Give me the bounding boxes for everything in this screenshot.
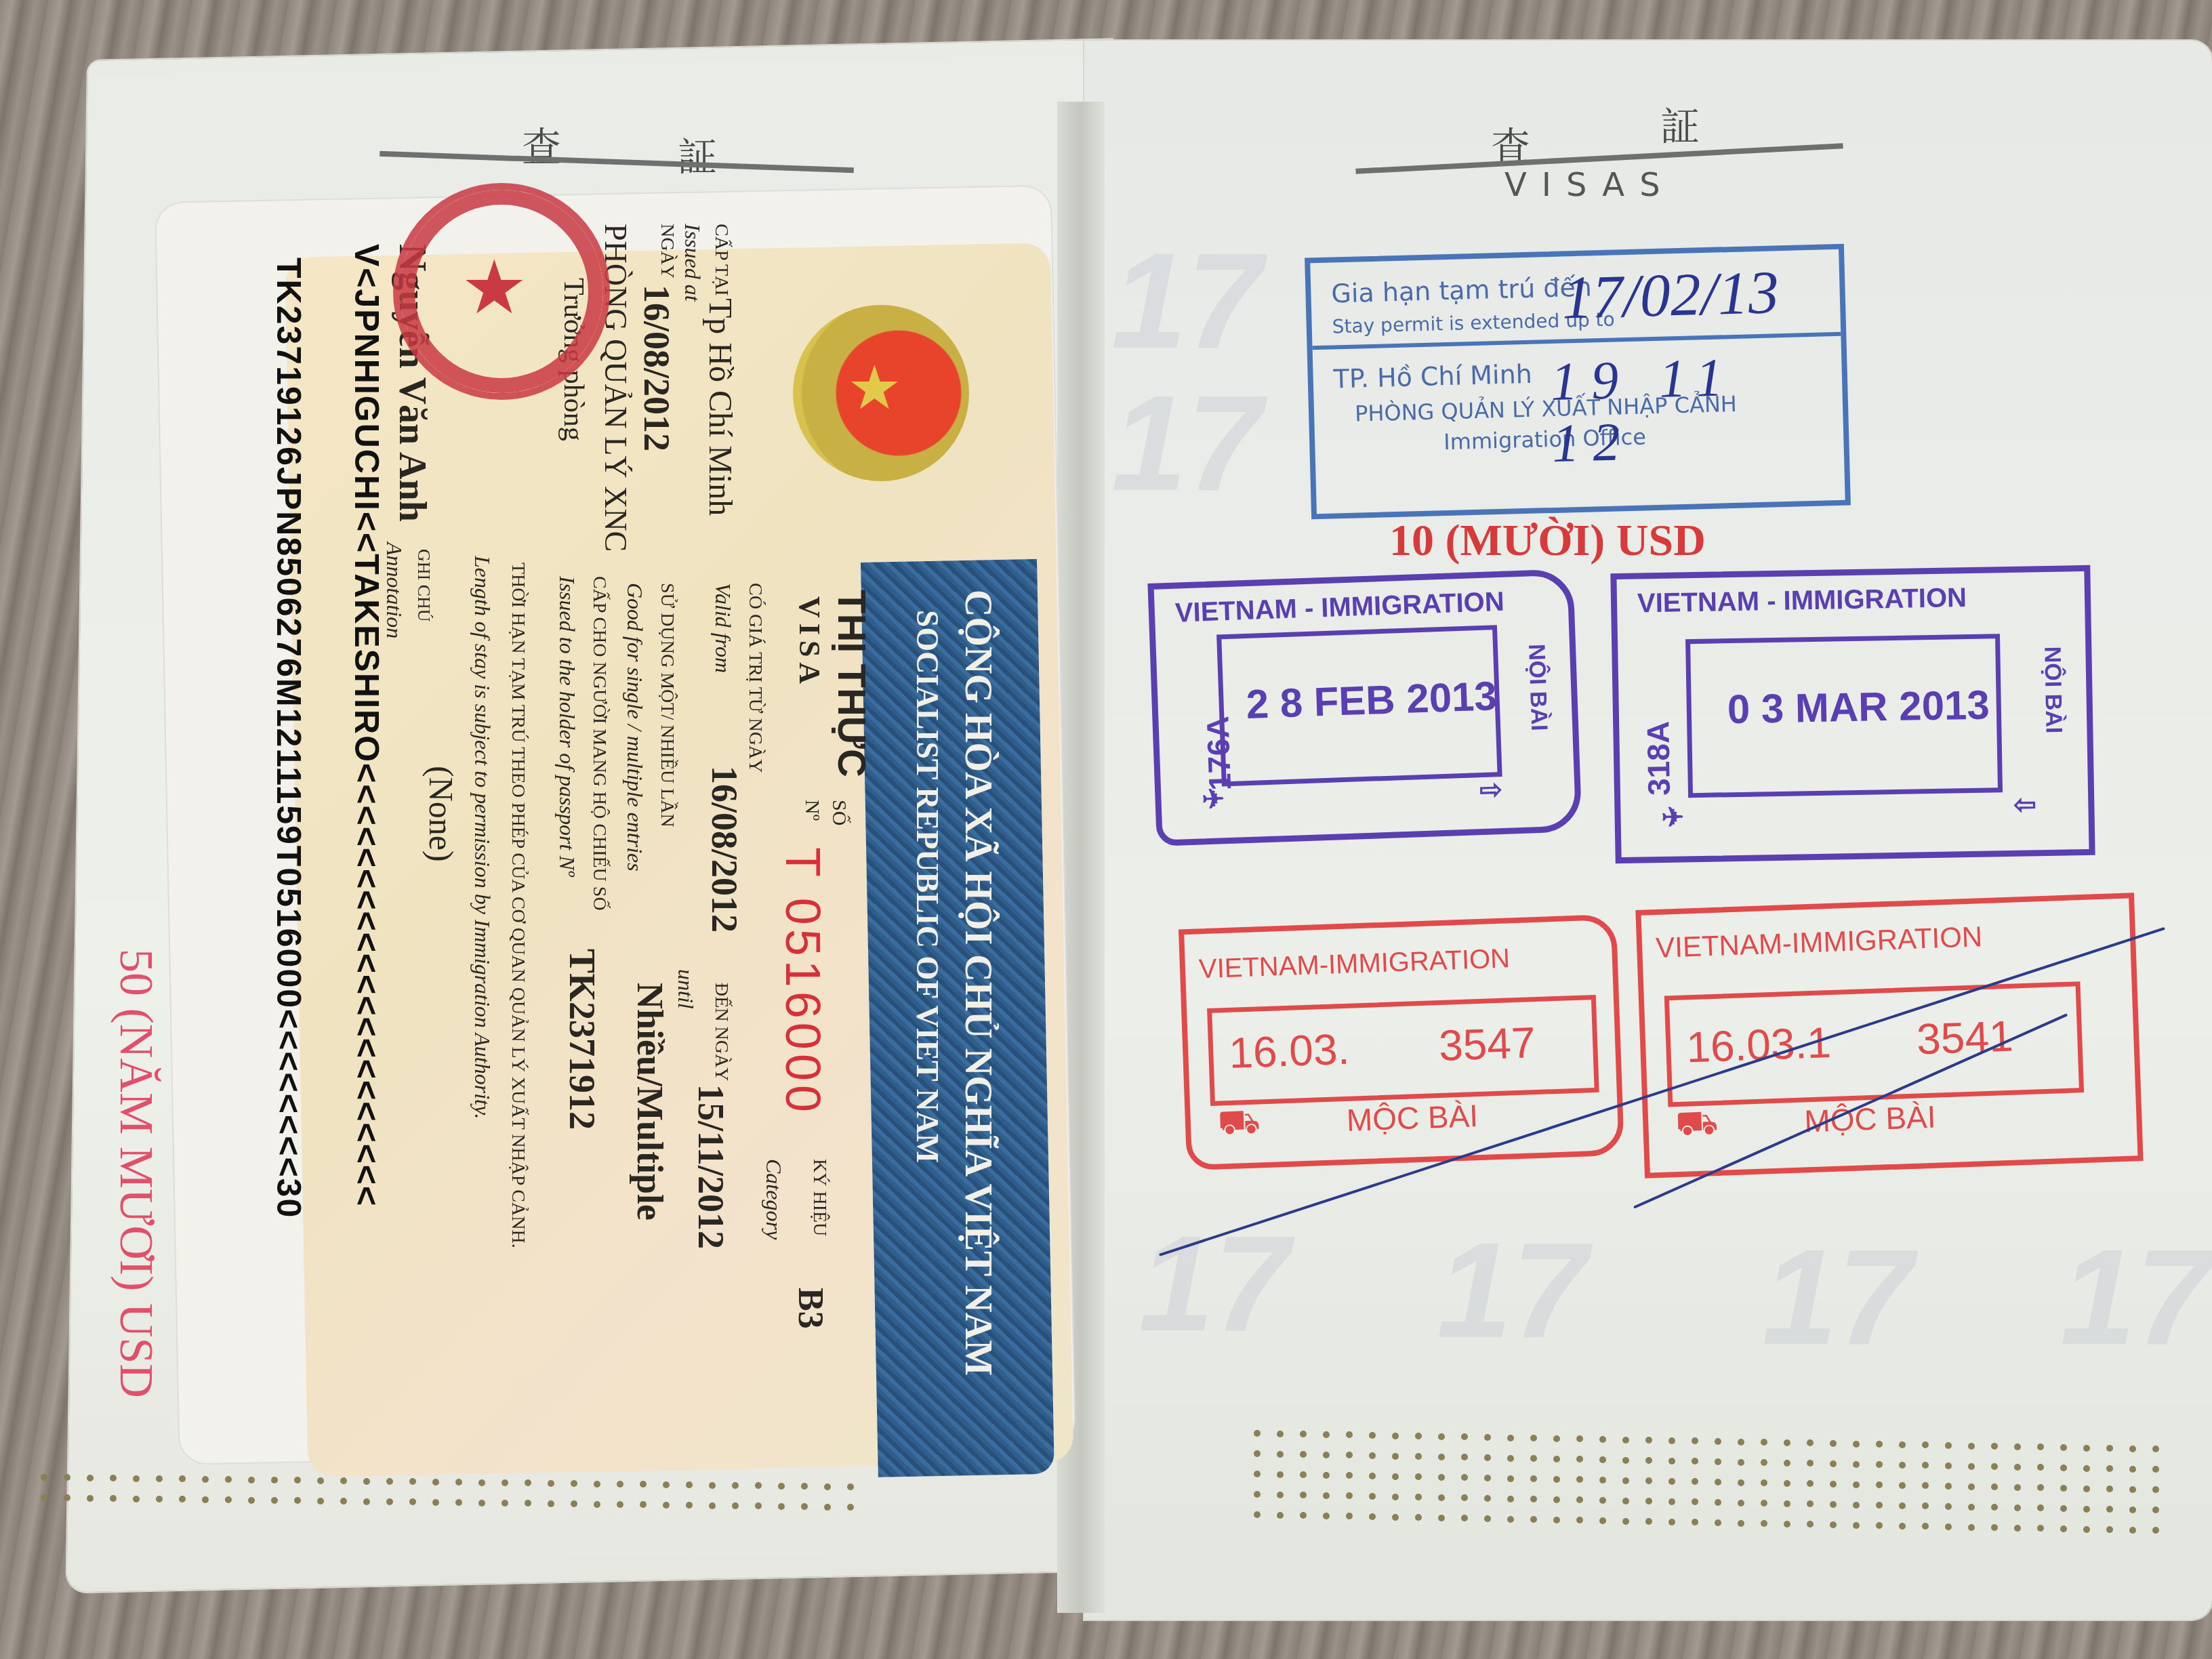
stamp-header: VIETNAM - IMMIGRATION xyxy=(1637,583,1967,619)
issued-at-city: Tp Hồ Chí Minh xyxy=(701,298,739,516)
perforation-dot xyxy=(317,1498,324,1504)
perforation-dot xyxy=(548,1500,554,1507)
perforation-dot xyxy=(1715,1479,1721,1486)
perforation-dot xyxy=(1945,1442,1952,1449)
perforation-dot xyxy=(1599,1517,1606,1524)
perforation-dot xyxy=(1254,1430,1261,1437)
car-icon: ⛟ xyxy=(1217,1101,1261,1147)
entries-label-en: Good for single / multiple entries xyxy=(622,583,647,872)
perforation-dot xyxy=(1599,1436,1606,1443)
perforation-dot xyxy=(1968,1504,1975,1511)
perforation-dot xyxy=(1507,1435,1514,1441)
until-label-en: until xyxy=(673,969,698,1009)
mrz-line-2: TK23719126JPN8506276M1211159T0516000<<<<… xyxy=(269,258,308,1218)
perforation-dot xyxy=(1323,1431,1330,1438)
perforation-dot xyxy=(1945,1523,1952,1530)
perforation-dot xyxy=(478,1479,485,1486)
watermark-number: 17 xyxy=(2060,1220,2211,1376)
perforation-dot xyxy=(1392,1453,1399,1460)
stay-label-vn: THỜI HẠN TẠM TRÚ THEO PHÉP CỦA CƠ QUAN Q… xyxy=(507,562,529,1248)
perforation-dot xyxy=(363,1478,370,1485)
watermark-number: 17 xyxy=(1437,1213,1587,1369)
band-country-vn: CỘNG HÒA XÃ HỘI CHỦ NGHĨA VIỆT NAM xyxy=(956,590,1000,1376)
perforation-dot xyxy=(2014,1484,2021,1491)
right-header-kanji-2: 証 xyxy=(1660,95,1700,152)
perforation-dot xyxy=(1484,1515,1491,1522)
stamp-serial: 3541 xyxy=(1916,1011,2014,1065)
perforation-dot xyxy=(202,1476,209,1483)
visa-title-en: VISA xyxy=(792,596,827,689)
perforation-dot xyxy=(617,1481,623,1488)
perforation-dot xyxy=(1899,1502,1906,1509)
perforation-dot xyxy=(1622,1498,1629,1504)
issued-at-label-en: Issued at xyxy=(680,224,705,302)
perforation-dot xyxy=(248,1497,255,1504)
entry-arrow-icon: ⇦ xyxy=(2013,789,2036,821)
perforation-dot xyxy=(1622,1457,1629,1464)
mrz-line-1: V<JPNHIGUCHI<<TAKESHIRO<<<<<<<<<<<<<<<<<… xyxy=(347,244,386,1207)
perforation-dot xyxy=(1553,1435,1560,1442)
perforation-dot xyxy=(1784,1500,1790,1507)
perforation-dot xyxy=(1899,1462,1906,1469)
perforation-dot xyxy=(1784,1480,1790,1487)
issue-date-label: NGÀY xyxy=(656,224,678,279)
stamp-date: 2 8 FEB 2013 xyxy=(1246,672,1498,728)
perforation-dot xyxy=(202,1496,209,1503)
perforation-dot xyxy=(133,1475,140,1482)
perforation-dot xyxy=(1254,1511,1261,1518)
seal-star-icon: ★ xyxy=(461,244,528,331)
perforation-dot xyxy=(594,1501,600,1508)
stamp-date: 0 3 MAR 2013 xyxy=(1727,681,1990,733)
perforation-dot xyxy=(1968,1443,1975,1450)
airplane-icon: ✈ xyxy=(1202,783,1225,815)
stamp-code: 176A xyxy=(1199,716,1238,792)
perforation-dot xyxy=(2129,1527,2136,1534)
perforation-dot xyxy=(2060,1505,2067,1512)
valid-from-label-vn: CÓ GIÁ TRỊ TỪ NGÀY xyxy=(744,583,766,773)
visa-fee-stamp: 50 (NĂM MƯƠI) USD xyxy=(108,949,163,1398)
perforation-dot xyxy=(1438,1433,1445,1440)
car-icon: ⛟ xyxy=(1675,1103,1719,1148)
perforation-dot xyxy=(1853,1481,1860,1488)
perforation-dot xyxy=(1830,1460,1837,1467)
perforation-dot xyxy=(548,1480,554,1487)
annotation-label-vn: GHI CHÚ xyxy=(413,549,434,622)
perforation-dot xyxy=(778,1483,785,1490)
perforation-dot xyxy=(41,1494,47,1501)
watermark-number: 17 xyxy=(1139,1206,1289,1362)
perforation-dot xyxy=(1392,1433,1399,1439)
perforation-dot xyxy=(1668,1498,1675,1505)
perforation-dot xyxy=(1830,1521,1837,1528)
perforation-dot xyxy=(732,1502,739,1509)
perforation-dot xyxy=(1853,1441,1860,1448)
stamp-port: MỘC BÀI xyxy=(1803,1099,1936,1140)
perforation-dot xyxy=(156,1496,163,1502)
visa-number-label-en: Nº xyxy=(800,800,823,821)
perforation-dot xyxy=(1254,1491,1261,1498)
stamp-port: NỘI BÀI xyxy=(1523,643,1552,731)
perforation-dot xyxy=(732,1482,739,1489)
perforation-dot xyxy=(2083,1526,2090,1533)
perforation-dot xyxy=(1668,1458,1675,1465)
perforation-dot xyxy=(248,1477,255,1483)
perforation-dot xyxy=(1507,1516,1514,1523)
perforation-dot xyxy=(1738,1500,1744,1507)
stamp-port: MỘC BÀI xyxy=(1346,1097,1479,1139)
stamp-port: NỘI BÀI xyxy=(2039,647,2066,734)
perforation-dot xyxy=(1968,1483,1975,1490)
perforation-dot xyxy=(1622,1518,1629,1525)
perforation-dot xyxy=(1392,1514,1399,1521)
stay-label-en: Length of stay is subject to permission … xyxy=(470,556,495,1119)
perforation-dot xyxy=(317,1477,324,1484)
until-label-vn: ĐẾN NGÀY xyxy=(710,983,732,1081)
annotation-value: (None) xyxy=(422,766,461,862)
perforation-dot xyxy=(1438,1515,1445,1521)
perforation-dot xyxy=(847,1483,854,1490)
perforation-dot xyxy=(1715,1499,1721,1506)
perforation-dot xyxy=(1484,1454,1491,1461)
perforation-dot xyxy=(1599,1477,1606,1483)
perforation-dot xyxy=(41,1474,47,1481)
perforation-dot xyxy=(1622,1437,1629,1443)
band-country-en: SOCIALIST REPUBLIC OF VIET NAM xyxy=(909,610,945,1163)
airplane-icon: ✈ xyxy=(1661,802,1684,834)
perforation-dot xyxy=(617,1501,623,1508)
perforation-dot xyxy=(709,1482,716,1489)
perforation-dot xyxy=(1392,1494,1399,1500)
perforation-dot xyxy=(1968,1524,1975,1531)
perforation-dot xyxy=(1323,1452,1330,1458)
perforation-dot xyxy=(501,1500,508,1507)
perforation-dot xyxy=(1392,1473,1399,1480)
perforation-dot xyxy=(1738,1439,1744,1446)
perforation-dot xyxy=(2060,1525,2067,1532)
perforation-dot xyxy=(1277,1431,1284,1437)
perforation-dot xyxy=(1945,1483,1952,1490)
perforation-dot xyxy=(1277,1512,1284,1519)
valid-from-label-en: Valid from xyxy=(710,583,735,673)
perforation-dot xyxy=(1715,1519,1721,1526)
watermark-number: 17 xyxy=(1762,1220,1912,1376)
perforation-dot xyxy=(709,1502,716,1509)
extension-handwritten-issue: 19 11 12 xyxy=(1550,344,1845,475)
visa-number-label-vn: SỐ xyxy=(827,800,851,825)
perforation-dot xyxy=(363,1498,370,1505)
perforation-dot xyxy=(2014,1443,2021,1450)
perforation-dot xyxy=(1715,1458,1721,1465)
perforation-dot xyxy=(1323,1472,1330,1479)
perforation-dot xyxy=(1830,1440,1837,1447)
perforation-dot xyxy=(1507,1455,1514,1462)
perforation-dot xyxy=(663,1502,670,1509)
perforation-dot xyxy=(663,1481,670,1488)
perforation-dot xyxy=(1553,1476,1560,1483)
perforation-dot xyxy=(1668,1437,1675,1444)
perforation-dot xyxy=(2083,1445,2090,1452)
perforation-dot xyxy=(2083,1465,2090,1472)
perforation-dot xyxy=(478,1500,485,1507)
perforation-dot xyxy=(1277,1492,1284,1498)
perforation-dot xyxy=(2129,1486,2136,1493)
perforation-dot xyxy=(1553,1517,1560,1523)
perforation-dot xyxy=(1369,1513,1376,1520)
perforation-dot xyxy=(133,1496,140,1502)
stamp-serial: 3547 xyxy=(1438,1017,1536,1071)
perforation-dot xyxy=(501,1479,508,1486)
until-date: 15/11/2012 xyxy=(690,1084,732,1249)
perforation-dot xyxy=(1553,1496,1560,1503)
stamp-header: VIETNAM-IMMIGRATION xyxy=(1198,943,1511,985)
perforation-dot xyxy=(1369,1473,1376,1479)
stamp-code: 318A xyxy=(1639,721,1677,796)
perforation-dot xyxy=(386,1478,393,1485)
perforation-dot xyxy=(1507,1475,1514,1482)
issue-date: 16/08/2012 xyxy=(636,285,678,451)
stamp-header: VIETNAM - IMMIGRATION xyxy=(1174,587,1504,629)
stamp-date: 16.03. xyxy=(1228,1024,1350,1078)
perforation-dot xyxy=(1254,1471,1261,1477)
perforation-dot xyxy=(1323,1513,1330,1519)
perforation-dot xyxy=(1738,1520,1744,1527)
perforation-dot xyxy=(2129,1446,2136,1452)
perforation-dot xyxy=(1968,1463,1975,1470)
perforation-dot xyxy=(156,1475,163,1482)
perforation-dot xyxy=(432,1479,439,1486)
perforation-dot xyxy=(1899,1482,1906,1489)
perforation-dot xyxy=(87,1475,94,1481)
border-stamp-moc-bai-1: VIETNAM-IMMIGRATION 16.03. 3547 MỘC BÀI … xyxy=(1179,914,1624,1170)
left-header-kanji-1: 査 xyxy=(522,115,561,172)
perforation-dot xyxy=(1830,1481,1837,1488)
perforation-dot xyxy=(1715,1438,1721,1445)
extension-label-vn: Gia hạn tạm trú đến xyxy=(1331,272,1592,308)
border-stamp-moc-bai-2: VIETNAM-IMMIGRATION 16.03.1 3541 MỘC BÀI… xyxy=(1635,893,2143,1178)
perforation-dot xyxy=(1369,1432,1376,1439)
perforation-dot xyxy=(1853,1461,1860,1468)
perforation-dot xyxy=(1738,1479,1744,1486)
entries-label-vn: SỬ DỤNG MỘT/ NHIỀU LẦN xyxy=(656,583,678,827)
perforation-dot xyxy=(1438,1454,1445,1460)
exit-arrow-icon: ⇨ xyxy=(1479,774,1503,806)
perforation-dot xyxy=(1784,1439,1790,1446)
left-header-kanji-2: 証 xyxy=(678,125,717,182)
visa-number: T 0516000 xyxy=(775,847,830,1116)
perforation-dot xyxy=(1277,1451,1284,1458)
perforation-dot xyxy=(1945,1462,1952,1469)
perforation-dot xyxy=(824,1504,831,1511)
perforation-dot xyxy=(432,1499,439,1506)
perforation-dot xyxy=(1784,1521,1790,1528)
valid-from-date: 16/08/2012 xyxy=(703,766,745,933)
perforation-dot xyxy=(271,1497,278,1504)
emblem-star-icon: ★ xyxy=(847,352,902,424)
category-label-vn: KÝ HIỆU xyxy=(808,1159,830,1236)
perforation-dot xyxy=(824,1483,831,1490)
perforation-dot xyxy=(2014,1504,2021,1511)
perforation-dot xyxy=(2083,1506,2090,1513)
perforation-dot xyxy=(1254,1450,1261,1457)
perforation-dot xyxy=(2060,1444,2067,1451)
entries-value: Nhiều/Multiple xyxy=(629,983,671,1221)
perforation-dot xyxy=(847,1504,854,1511)
perforation-dot xyxy=(1438,1474,1445,1481)
passport-number: TK2371912 xyxy=(561,949,603,1130)
perforation-dot xyxy=(1830,1501,1837,1508)
extension-city: TP. Hồ Chí Minh xyxy=(1333,359,1532,394)
perforation-dot xyxy=(1784,1460,1790,1467)
perforation-dot xyxy=(1853,1502,1860,1509)
perforation-dot xyxy=(1484,1475,1491,1481)
immigration-stamp-entry: VIETNAM - IMMIGRATION 0 3 MAR 2013 318A … xyxy=(1610,565,2095,863)
perforation-dot xyxy=(594,1481,600,1488)
perforation-dot xyxy=(1484,1434,1491,1441)
perforation-dot xyxy=(1599,1456,1606,1463)
stay-extension-stamp: Gia hạn tạm trú đến Stay permit is exten… xyxy=(1305,244,1851,520)
perforation-dot xyxy=(2129,1507,2136,1513)
perforation-dot xyxy=(778,1503,785,1510)
issued-at-label-vn: CẤP TẠI xyxy=(710,224,732,296)
perforation-dot xyxy=(1323,1492,1330,1499)
immigration-stamp-exit: VIETNAM - IMMIGRATION 2 8 FEB 2013 176A … xyxy=(1147,569,1582,846)
watermark-number: 17 xyxy=(1111,366,1262,522)
perforation-dot xyxy=(1668,1478,1675,1485)
perforation-dot xyxy=(1899,1441,1906,1448)
perforation-dot xyxy=(1277,1471,1284,1478)
perforation-dot xyxy=(1438,1494,1445,1501)
perforation-dot xyxy=(1369,1452,1376,1459)
extension-fee-stamp: 10 (MƯỜI) USD xyxy=(1389,515,1706,567)
perforation-dot xyxy=(386,1498,393,1505)
perforation-dot xyxy=(1899,1523,1906,1530)
visa-title-vn: THỊ THỰC xyxy=(829,590,874,777)
perforation-dot xyxy=(1484,1495,1491,1502)
perforation-dot xyxy=(2060,1485,2067,1492)
perforation-dot xyxy=(2014,1525,2021,1532)
stamp-header: VIETNAM-IMMIGRATION xyxy=(1655,920,1983,964)
passport-label-en: Issued to the holder of passport Nº xyxy=(554,576,579,877)
perforation-dot xyxy=(1945,1503,1952,1510)
perforation-dot xyxy=(271,1477,278,1483)
perforation-dot xyxy=(2083,1486,2090,1492)
perforation-dot xyxy=(1507,1496,1514,1502)
perforation-dot xyxy=(87,1495,94,1502)
visa-category: B3 xyxy=(790,1288,830,1329)
perforation-dot xyxy=(1738,1459,1744,1466)
category-label-en: Category xyxy=(761,1159,786,1240)
perforation-dot xyxy=(1599,1497,1606,1504)
extension-handwritten-date: 17/02/13 xyxy=(1561,258,1780,333)
perforation-dot xyxy=(2014,1464,2021,1471)
perforation-dot xyxy=(1369,1493,1376,1500)
right-header-visas: VISAS xyxy=(1504,166,1675,204)
perforation-dot xyxy=(1622,1477,1629,1484)
perforation-dot xyxy=(2060,1465,2067,1471)
perforation-dot xyxy=(2129,1466,2136,1473)
perforation-dot xyxy=(1853,1522,1860,1529)
perforation-dot xyxy=(1668,1519,1675,1525)
passport-label-vn: CẤP CHO NGƯỜI MANG HỘ CHIẾU SỐ xyxy=(588,576,610,911)
watermark-number: 17 xyxy=(1111,224,1262,380)
perforation-dot xyxy=(1553,1456,1560,1462)
